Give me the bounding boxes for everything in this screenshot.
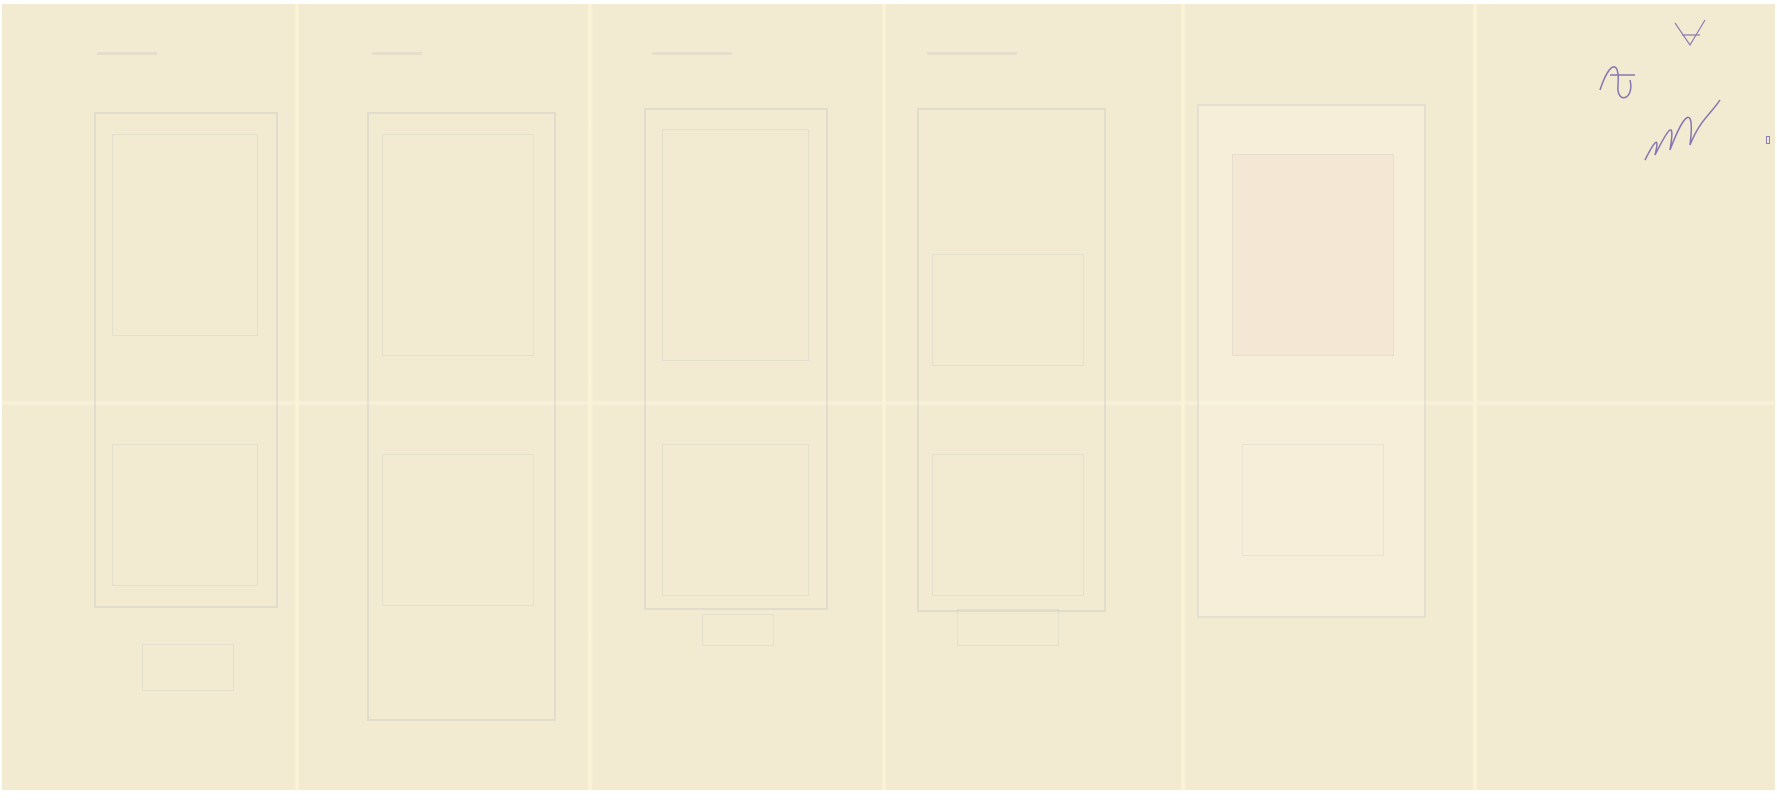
floor-plan-room — [662, 444, 809, 596]
title-block-ghost — [702, 614, 774, 646]
title-block-ghost — [957, 609, 1059, 646]
floor-plan-room — [382, 454, 534, 606]
fold-line — [1472, 4, 1478, 790]
floor-plan-room — [662, 129, 809, 361]
fold-line — [587, 4, 593, 790]
fold-line — [881, 4, 887, 790]
fold-line — [294, 4, 300, 790]
floor-plan-room — [382, 134, 534, 356]
heading-ghost — [652, 52, 732, 55]
heading-ghost — [927, 52, 1017, 55]
heading-ghost — [372, 52, 422, 55]
signature-2 — [1640, 90, 1730, 180]
stamp-boxed-label — [1766, 136, 1770, 144]
floor-plan-room — [932, 454, 1084, 596]
floor-plan-room — [1232, 154, 1394, 356]
floor-plan-room — [1242, 444, 1384, 556]
title-block-ghost — [142, 644, 234, 691]
floor-plan-room — [932, 254, 1084, 366]
floor-plan-room — [112, 134, 258, 336]
heading-ghost — [97, 52, 157, 55]
fold-line — [1180, 4, 1186, 790]
drawing-sheet — [2, 4, 1775, 790]
floor-plan-room — [112, 444, 258, 586]
initials-mark — [1670, 15, 1710, 55]
